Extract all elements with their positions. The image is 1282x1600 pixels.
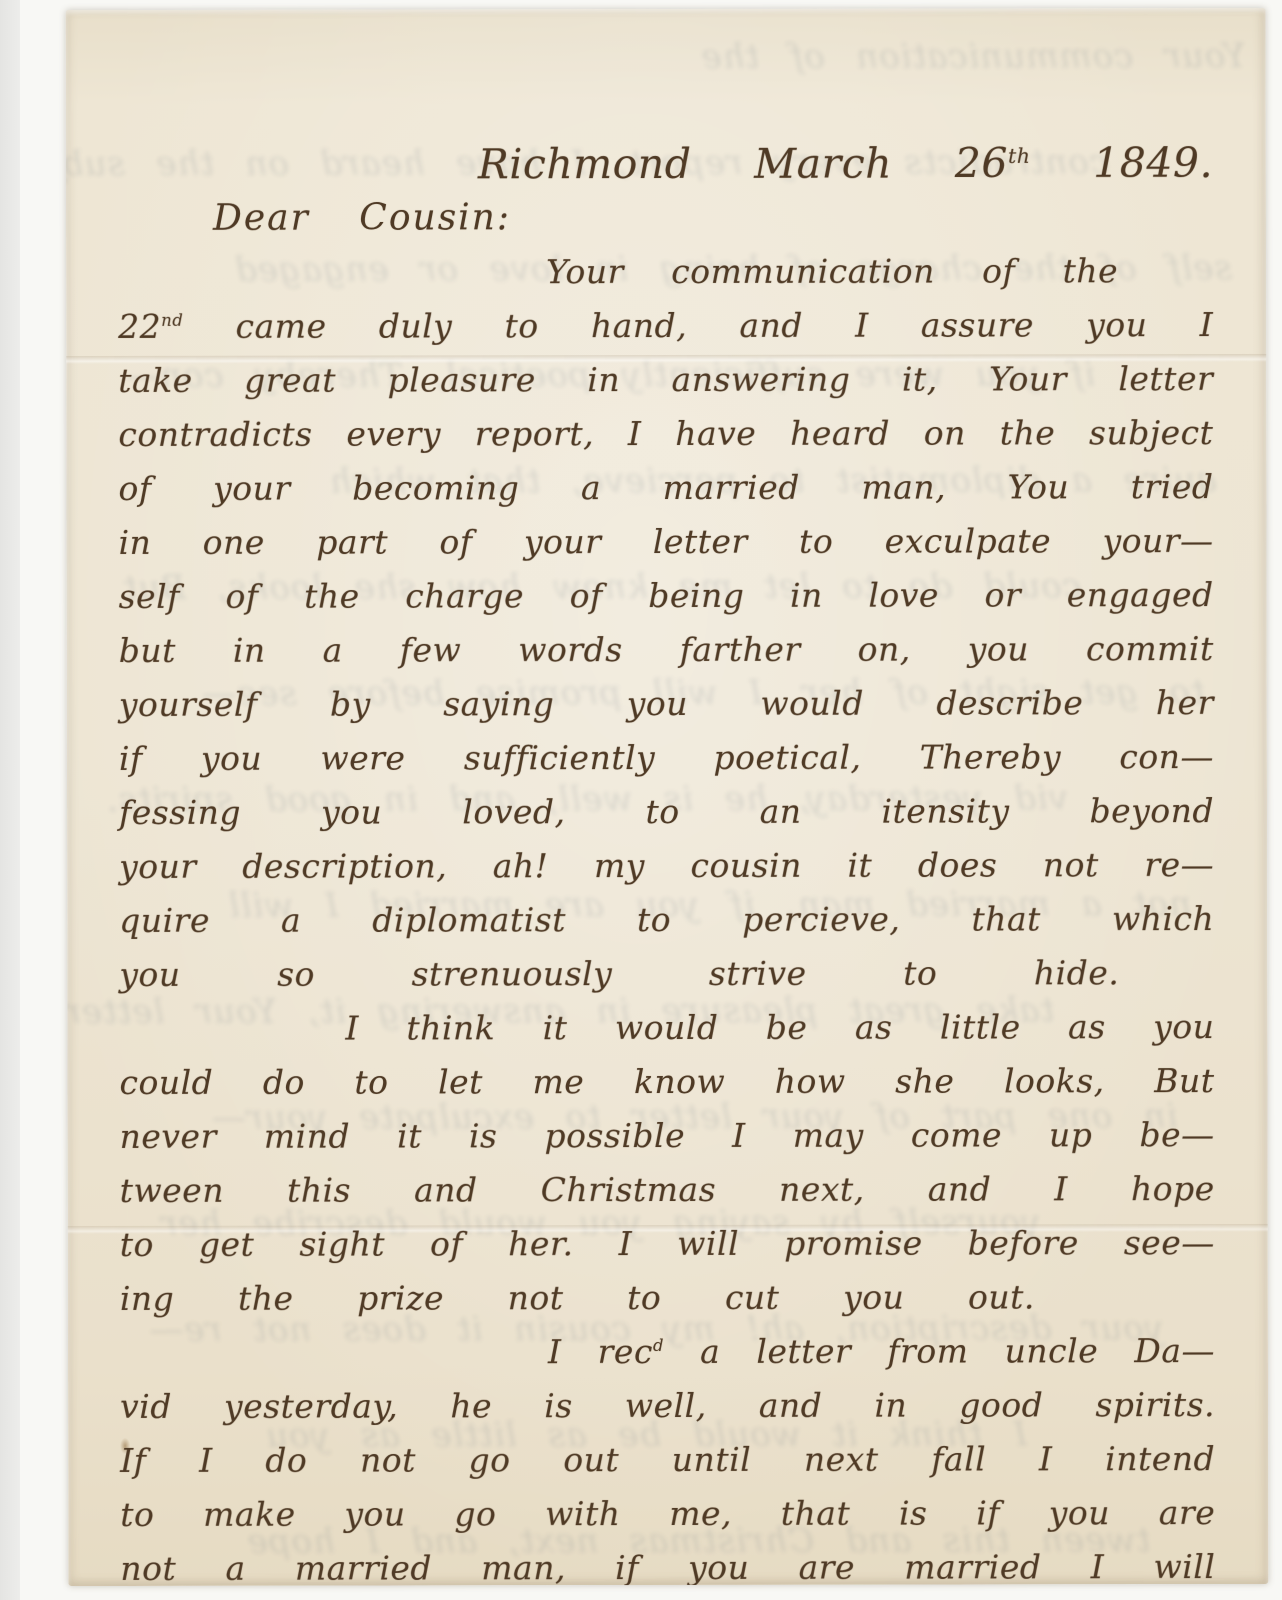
letter-body: Your communication of the22nd came duly … — [66, 244, 1268, 1586]
letter-line: yourself by saying you would describe he… — [119, 676, 1214, 732]
letter-salutation: Dear Cousin: — [213, 190, 1213, 246]
letter-line: but in a few words farther on, you commi… — [119, 622, 1214, 678]
letter-line: of your becoming a married man, You trie… — [118, 460, 1213, 516]
letter-line: to make you go with me, that is if you a… — [120, 1486, 1215, 1542]
letter-dateline: Richmond March 26th 1849. — [478, 136, 1226, 191]
letter-line: ing the prize not to cut you out. — [120, 1270, 1035, 1326]
letter-line: Your communication of the — [546, 244, 1118, 299]
letter-line: take great pleasure in answering it, You… — [118, 352, 1213, 408]
letter-line: if you were sufficiently poetical, There… — [119, 730, 1214, 786]
letter-line: could do to let me know how she looks, B… — [119, 1054, 1214, 1110]
letter-line: fessing you loved, to an itensity beyond — [119, 784, 1214, 840]
scan-background: Your communication of thecontradicts eve… — [0, 0, 1282, 1600]
letter-line: self of the charge of being in love or e… — [119, 568, 1214, 624]
letter-line: tween this and Christmas next, and I hop… — [120, 1162, 1215, 1218]
letter-line: not a married man, if you are married I … — [120, 1540, 1215, 1586]
letter-line: quire a diplomatist to percieve, that wh… — [119, 892, 1214, 948]
scanner-edge — [0, 0, 20, 1600]
letter-line: in one part of your letter to exculpate … — [119, 514, 1214, 570]
letter-line: vid yesterday, he is well, and in good s… — [120, 1378, 1215, 1434]
letter-line: you so strenuously strive to hide. — [119, 946, 1119, 1002]
letter-line: contradicts every report, I have heard o… — [118, 406, 1213, 462]
letter-line: to get sight of her. I will promise befo… — [120, 1216, 1215, 1272]
letter-line: 22nd came duly to hand, and I assure you… — [118, 298, 1213, 354]
letter-line: I think it would be as little as you — [345, 1000, 1214, 1056]
letter-line: I recd a letter from uncle Da— — [548, 1324, 1215, 1379]
letter-line: If I do not go out until next fall I int… — [120, 1432, 1215, 1488]
letter-paper: Your communication of thecontradicts eve… — [66, 8, 1269, 1586]
letter-content: Richmond March 26th 1849. Dear Cousin: Y… — [66, 8, 1269, 1586]
letter-line: never mind it is possible I may come up … — [120, 1108, 1215, 1164]
letter-line: your description, ah! my cousin it does … — [119, 838, 1214, 894]
